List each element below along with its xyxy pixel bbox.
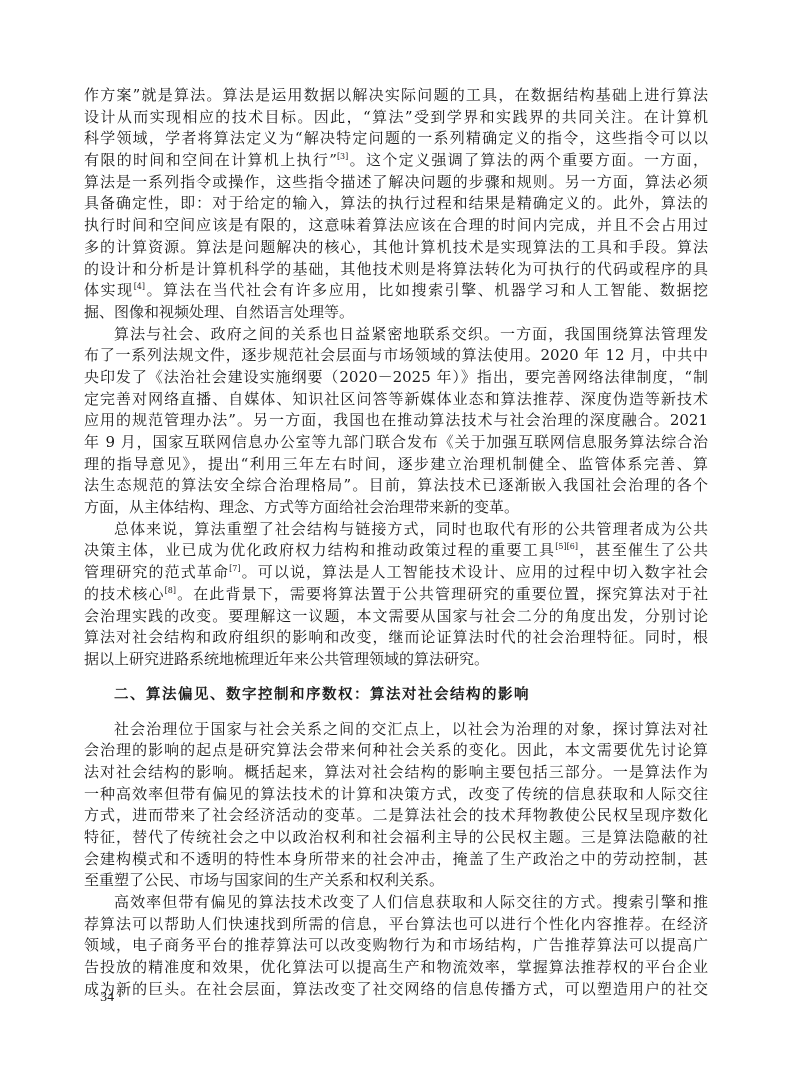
text-line: 科学领域，学者将算法定义为“解决特定问题的一系列精确定义的指令，这些指令可以以 [84,128,708,150]
paragraph: 算法与社会、政府之间的关系也日益紧密地联系交织。一方面，我国围绕算法管理发布了一… [84,324,708,519]
text-line: 会建构模式和不透明的特性本身所带来的社会冲击，掩盖了生产政治之中的劳动控制，甚 [84,849,708,871]
citation-marker: [3] [337,152,348,161]
paragraph: 高效率但带有偏见的算法技术改变了人们信息获取和人际交往的方式。搜索引擎和推荐算法… [84,892,708,1000]
text-line: 掘、图像和视频处理、自然语言处理等。 [84,302,708,324]
paragraph: 总体来说，算法重塑了社会结构与链接方式，同时也取代有形的公共管理者成为公共决策主… [84,519,708,671]
text-line: 据以上研究进路系统地梳理近年来公共管理领域的算法研究。 [84,649,708,671]
text-line: 定完善对网络直播、自媒体、知识社区问答等新媒体业态和算法推荐、深度伪造等新技术 [84,389,708,411]
document-page: 作方案”就是算法。算法是运用数据以解决实际问题的工具，在数据结构基础上进行算法设… [84,85,708,1001]
text-line: 社会治理位于国家与社会关系之间的交汇点上，以社会为治理的对象，探讨算法对社 [84,719,708,741]
paragraph: 社会治理位于国家与社会关系之间的交汇点上，以社会为治理的对象，探讨算法对社会治理… [84,719,708,893]
citation-marker: [5] [555,542,566,551]
text-line: 荐算法可以帮助人们快速找到所需的信息，平台算法也可以进行个性化内容推荐。在经济 [84,914,708,936]
text-line: 管理研究的范式革命[7]。可以说，算法是人工智能技术设计、应用的过程中切入数字社… [84,562,708,584]
text-line: 体实现[4]。算法在当代社会有许多应用，比如搜索引擎、机器学习和人工智能、数据挖 [84,280,708,302]
text-line: 告投放的精准度和效果，优化算法可以提高生产和物流效率，掌握算法推荐权的平台企业 [84,957,708,979]
text-line: 年 9 月，国家互联网信息办公室等九部门联合发布《关于加强互联网信息服务算法综合… [84,432,708,454]
citation-marker: [4] [134,282,145,291]
text-line: 应用的规范管理办法”。另一方面，我国也在推动算法技术与社会治理的深度融合。202… [84,410,708,432]
text-line: 央印发了《法治社会建设实施纲要（2020－2025 年）》指出，要完善网络法律制… [84,367,708,389]
text-line: 作方案”就是算法。算法是运用数据以解决实际问题的工具，在数据结构基础上进行算法 [84,85,708,107]
text-line: 执行时间和空间应该是有限的，这意味着算法应该在合理的时间内完成，并且不会占用过 [84,215,708,237]
paragraph: 作方案”就是算法。算法是运用数据以解决实际问题的工具，在数据结构基础上进行算法设… [84,85,708,324]
text-line: 有限的时间和空间在计算机上执行”[3]。这个定义强调了算法的两个重要方面。一方面… [84,150,708,172]
text-line: 设计从而实现相应的技术目标。因此，“算法”受到学界和实践界的共同关注。在计算机 [84,107,708,129]
body-text-before-heading: 作方案”就是算法。算法是运用数据以解决实际问题的工具，在数据结构基础上进行算法设… [84,85,708,671]
citation-marker: [8] [165,586,176,595]
text-line: 的设计和分析是计算机科学的基础，其他技术则是将算法转化为可执行的代码或程序的具 [84,259,708,281]
text-line: 特征，替代了传统社会之中以政治权利和社会福利主导的公民权主题。三是算法隐蔽的社 [84,827,708,849]
text-line: 布了一系列法规文件，逐步规范社会层面与市场领域的算法使用。2020 年 12 月… [84,345,708,367]
text-line: 具备确定性，即：对于给定的输入，算法的执行过程和结果是精确定义的。此外，算法的 [84,193,708,215]
citation-marker: [6] [567,542,578,551]
text-line: 法对社会结构的影响。概括起来，算法对社会结构的影响主要包括三部分。一是算法作为 [84,762,708,784]
text-line: 会治理实践的改变。要理解这一议题，本文需要从国家与社会二分的角度出发，分别讨论 [84,606,708,628]
text-line: 法生态规范的算法安全综合治理格局”。目前，算法技术已逐渐嵌入我国社会治理的各个 [84,475,708,497]
section-heading: 二、算法偏见、数字控制和序数权：算法对社会结构的影响 [84,679,708,711]
text-line: 算法对社会结构和政府组织的影响和改变，继而论证算法时代的社会治理特征。同时，根 [84,627,708,649]
text-line: 成为新的巨头。在社会层面，算法改变了社交网络的信息传播方式，可以塑造用户的社交 [84,979,708,1001]
text-line: 方面，从主体结构、理念、方式等方面给社会治理带来新的变革。 [84,497,708,519]
text-line: 决策主体，业已成为优化政府权力结构和推动政策过程的重要工具[5][6]，甚至催生… [84,540,708,562]
text-line: 算法与社会、政府之间的关系也日益紧密地联系交织。一方面，我国围绕算法管理发 [84,324,708,346]
text-line: 理的指导意见》，提出“利用三年左右时间，逐步建立治理机制健全、监管体系完善、算 [84,454,708,476]
text-line: 会治理的影响的起点是研究算法会带来何种社会关系的变化。因此，本文需要优先讨论算 [84,740,708,762]
text-line: 一种高效率但带有偏见的算法技术的计算和决策方式，改变了传统的信息获取和人际交往 [84,784,708,806]
text-line: 算法是一系列指令或操作，这些指令描述了解决问题的步骤和规则。另一方面，算法必须 [84,172,708,194]
text-line: 至重塑了公民、市场与国家间的生产关系和权利关系。 [84,870,708,892]
text-line: 领域，电子商务平台的推荐算法可以改变购物行为和市场结构，广告推荐算法可以提高广 [84,935,708,957]
text-line: 的技术核心[8]。在此背景下，需要将算法置于公共管理研究的重要位置，探究算法对于… [84,584,708,606]
page-number: · 34 · [92,990,122,1006]
text-line: 方式，进而带来了社会经济活动的变革。二是算法社会的技术拜物教使公民权呈现序数化 [84,805,708,827]
citation-marker: [7] [229,564,240,573]
body-text-after-heading: 社会治理位于国家与社会关系之间的交汇点上，以社会为治理的对象，探讨算法对社会治理… [84,719,708,1001]
text-line: 多的计算资源。算法是问题解决的核心，其他计算机技术是实现算法的工具和手段。算法 [84,237,708,259]
text-line: 高效率但带有偏见的算法技术改变了人们信息获取和人际交往的方式。搜索引擎和推 [84,892,708,914]
text-line: 总体来说，算法重塑了社会结构与链接方式，同时也取代有形的公共管理者成为公共 [84,519,708,541]
